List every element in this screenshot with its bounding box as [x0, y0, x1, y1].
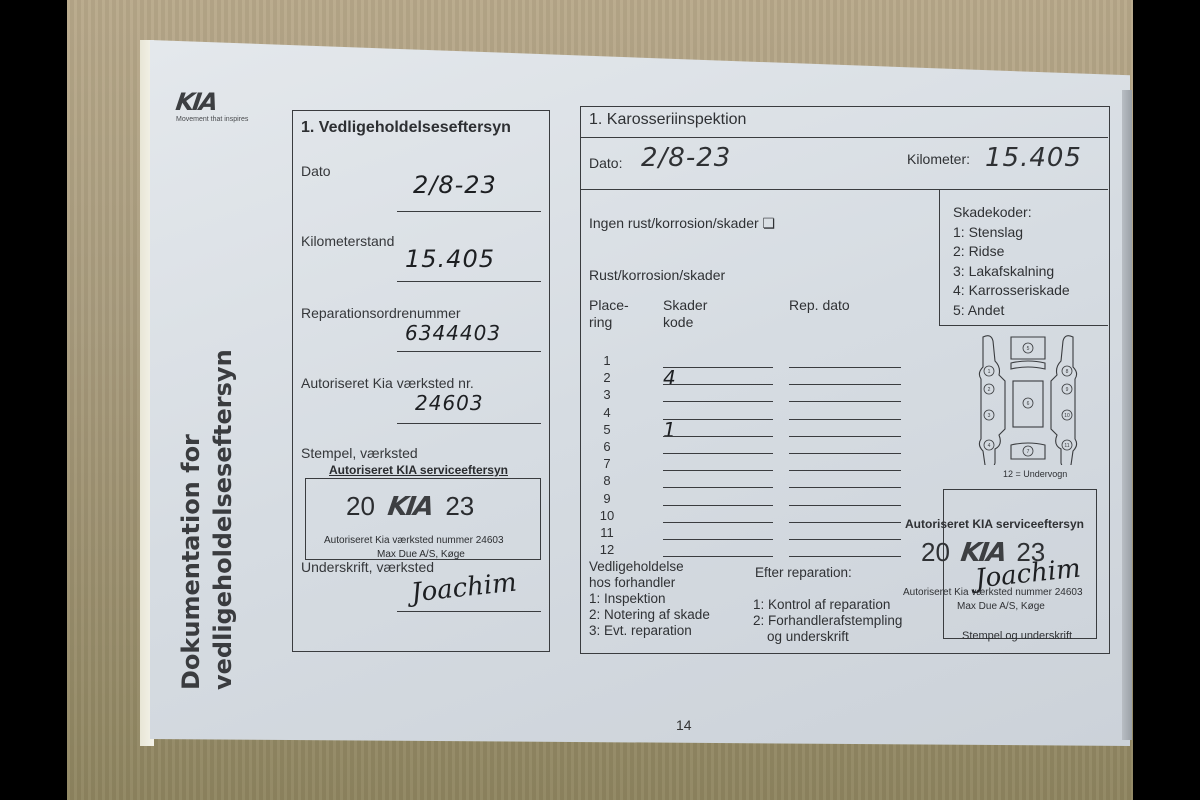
damage-code-2: 2: Ridse [953, 242, 1070, 262]
svg-text:7: 7 [1027, 449, 1030, 455]
repair-date-line[interactable] [789, 556, 901, 557]
page-number: 14 [676, 717, 692, 733]
table-row: 3 [593, 387, 913, 404]
no-damage-option[interactable]: Ingen rust/korrosion/skader ❏ [589, 215, 775, 232]
svg-text:5: 5 [1027, 346, 1030, 352]
stamp-label: Stempel, værksted [301, 445, 418, 461]
col-placement-header: Place- ring [589, 297, 629, 331]
letterbox-left [0, 0, 67, 800]
inspection-date-label: Dato: [589, 155, 622, 171]
damage-code-line [663, 401, 773, 402]
damage-code-4: 4: Karrosseriskade [953, 281, 1070, 301]
side-title-line-2: vedligeholdelseseftersyn [207, 349, 239, 690]
dealer-stamp-address: Max Due A/S, Køge [957, 601, 1045, 612]
signature-label: Underskrift, værksted [301, 559, 434, 575]
dealer-maintenance-steps: Vedligeholdelse hos forhandler 1: Inspek… [589, 559, 710, 639]
kia-tagline: Movement that inspires [176, 116, 248, 123]
workshop-stamp: 20 KIA 23 Autoriseret Kia værksted numme… [305, 478, 541, 560]
stamp-year: 20 KIA 23 [346, 491, 474, 522]
damage-code-line [663, 453, 773, 454]
damage-codes-title: Skadekoder: [953, 203, 1070, 223]
after-repair-step-2: 2: Forhandlerafstempling [753, 613, 902, 629]
damage-code-line [663, 419, 773, 420]
repair-order-line [397, 351, 541, 352]
row-placement: 1 [593, 353, 621, 368]
inspection-date-value[interactable]: 2/8-23 [641, 143, 731, 173]
side-title: Dokumentation for vedligeholdelsesefters… [175, 349, 239, 690]
divider [939, 325, 1108, 326]
repair-date-line[interactable] [789, 453, 901, 454]
workshop-number-value[interactable]: 24603 [415, 391, 484, 415]
table-row: 9 [593, 491, 913, 508]
damage-code-line [663, 367, 773, 368]
row-placement: 2 [593, 370, 621, 385]
damage-code-line [663, 505, 773, 506]
after-repair-step-1: 1: Kontrol af reparation [753, 597, 902, 613]
letterbox-right [1133, 0, 1200, 800]
dealer-stamp-label: Stempel og underskrift [962, 628, 1072, 645]
table-row: 6 [593, 439, 913, 456]
no-damage-checkbox[interactable]: ❏ [763, 215, 776, 231]
table-row: 12 [593, 542, 913, 559]
dealer-step-2: 2: Notering af skade [589, 607, 710, 623]
repair-date-line[interactable] [789, 487, 901, 488]
dealer-stamp-heading: Autoriseret KIA serviceeftersyn [905, 517, 1084, 531]
after-repair-steps: 1: Kontrol af reparation 2: Forhandleraf… [753, 597, 902, 645]
row-placement: 8 [593, 473, 621, 488]
damage-code-line [663, 522, 773, 523]
dealer-step-3: 3: Evt. reparation [589, 623, 710, 639]
date-value[interactable]: 2/8-23 [413, 171, 497, 199]
svg-text:9: 9 [1066, 387, 1069, 393]
workshop-number-line [397, 423, 541, 424]
repair-date-line[interactable] [789, 470, 901, 471]
svg-text:2: 2 [988, 387, 991, 393]
table-row: 24 [593, 370, 913, 387]
damage-code-1: 1: Stenslag [953, 223, 1070, 243]
svg-text:8: 8 [1066, 369, 1069, 375]
workshop-number-label: Autoriseret Kia værksted nr. [301, 375, 474, 391]
stamp-kia-logo: KIA [386, 492, 434, 522]
svg-text:6: 6 [1027, 401, 1030, 407]
damage-code-line [663, 539, 773, 540]
stamp-year-left: 20 [346, 491, 375, 521]
row-placement: 7 [593, 456, 621, 471]
col-repdate-header: Rep. dato [789, 297, 850, 313]
table-row: 8 [593, 473, 913, 490]
table-row: 51 [593, 422, 913, 439]
dealer-step-1: 1: Inspektion [589, 591, 710, 607]
damage-code-line [663, 470, 773, 471]
page-right-edge [1122, 90, 1132, 740]
row-placement: 9 [593, 491, 621, 506]
col-placement-line-1: Place- [589, 297, 629, 314]
inspection-km-label: Kilometer: [907, 151, 970, 167]
row-placement: 6 [593, 439, 621, 454]
car-body-diagram-icon: 1234567891011 [973, 333, 1083, 465]
col-code-line-1: Skader [663, 297, 707, 314]
table-row: 7 [593, 456, 913, 473]
damage-code-line [663, 487, 773, 488]
table-row: 10 [593, 508, 913, 525]
table-row: 1 [593, 353, 913, 370]
repair-order-value[interactable]: 6344403 [405, 321, 501, 345]
after-repair-step-3: og underskrift [753, 629, 902, 645]
repair-date-line[interactable] [789, 436, 901, 437]
divider [581, 137, 1108, 138]
maintenance-box-title: 1. Vedligeholdelseseftersyn [301, 119, 511, 137]
repair-date-line[interactable] [789, 401, 901, 402]
damage-code-line [663, 384, 773, 385]
damage-code-3: 3: Lakafskalning [953, 262, 1070, 282]
kia-logo: KIA Movement that inspires [176, 88, 248, 123]
inspection-km-value[interactable]: 15.405 [985, 143, 1082, 173]
maintenance-service-box: 1. Vedligeholdelseseftersyn Dato 2/8-23 … [292, 110, 550, 652]
row-placement: 5 [593, 422, 621, 437]
damage-label: Rust/korrosion/skader [589, 267, 725, 283]
stamp-heading: Autoriseret KIA serviceeftersyn [329, 463, 508, 477]
body-inspection-box: 1. Karosseriinspektion Dato: 2/8-23 Kilo… [580, 106, 1110, 654]
stamp-workshop-line: Autoriseret Kia værksted nummer 24603 [324, 535, 504, 546]
date-label: Dato [301, 163, 331, 179]
repair-date-line[interactable] [789, 367, 901, 368]
repair-date-line[interactable] [789, 384, 901, 385]
repair-date-line[interactable] [789, 522, 901, 523]
col-code-header: Skader kode [663, 297, 707, 331]
mileage-label: Kilometerstand [301, 233, 394, 249]
row-placement: 3 [593, 387, 621, 402]
svg-text:1: 1 [988, 369, 991, 375]
dealer-stamp-year-left: 20 [921, 537, 950, 567]
repair-date-line[interactable] [789, 419, 901, 420]
divider [581, 189, 1108, 190]
table-row: 11 [593, 525, 913, 542]
damage-code-5: 5: Andet [953, 301, 1070, 321]
inspection-title: 1. Karosseriinspektion [589, 111, 746, 129]
row-placement: 11 [593, 525, 621, 540]
damage-code-line [663, 556, 773, 557]
after-repair-title: Efter reparation: [755, 565, 852, 580]
kia-logo-mark: KIA [174, 88, 218, 116]
svg-text:4: 4 [988, 443, 991, 449]
svg-text:11: 11 [1064, 443, 1069, 449]
col-placement-line-2: ring [589, 314, 629, 331]
dealer-maintenance-title-2: hos forhandler [589, 575, 710, 591]
no-damage-label: Ingen rust/korrosion/skader [589, 215, 759, 231]
date-line [397, 211, 541, 212]
diagram-caption: 12 = Undervogn [1003, 469, 1067, 479]
repair-order-label: Reparationsordrenummer [301, 305, 461, 321]
svg-text:10: 10 [1064, 413, 1070, 419]
table-row: 4 [593, 405, 913, 422]
row-placement: 10 [593, 508, 621, 523]
side-title-line-1: Dokumentation for [175, 349, 207, 690]
svg-text:3: 3 [988, 413, 991, 419]
dealer-maintenance-title-1: Vedligeholdelse [589, 559, 710, 575]
repair-date-line[interactable] [789, 539, 901, 540]
col-code-line-2: kode [663, 314, 707, 331]
repair-date-line[interactable] [789, 505, 901, 506]
mileage-value[interactable]: 15.405 [405, 245, 495, 273]
mileage-line [397, 281, 541, 282]
signature-line [397, 611, 541, 612]
row-placement: 4 [593, 405, 621, 420]
damage-codes-legend: Skadekoder: 1: Stenslag 2: Ridse 3: Laka… [953, 203, 1070, 320]
divider [939, 189, 940, 325]
row-placement: 12 [593, 542, 621, 557]
damage-code-line [663, 436, 773, 437]
stamp-year-right: 23 [445, 491, 474, 521]
